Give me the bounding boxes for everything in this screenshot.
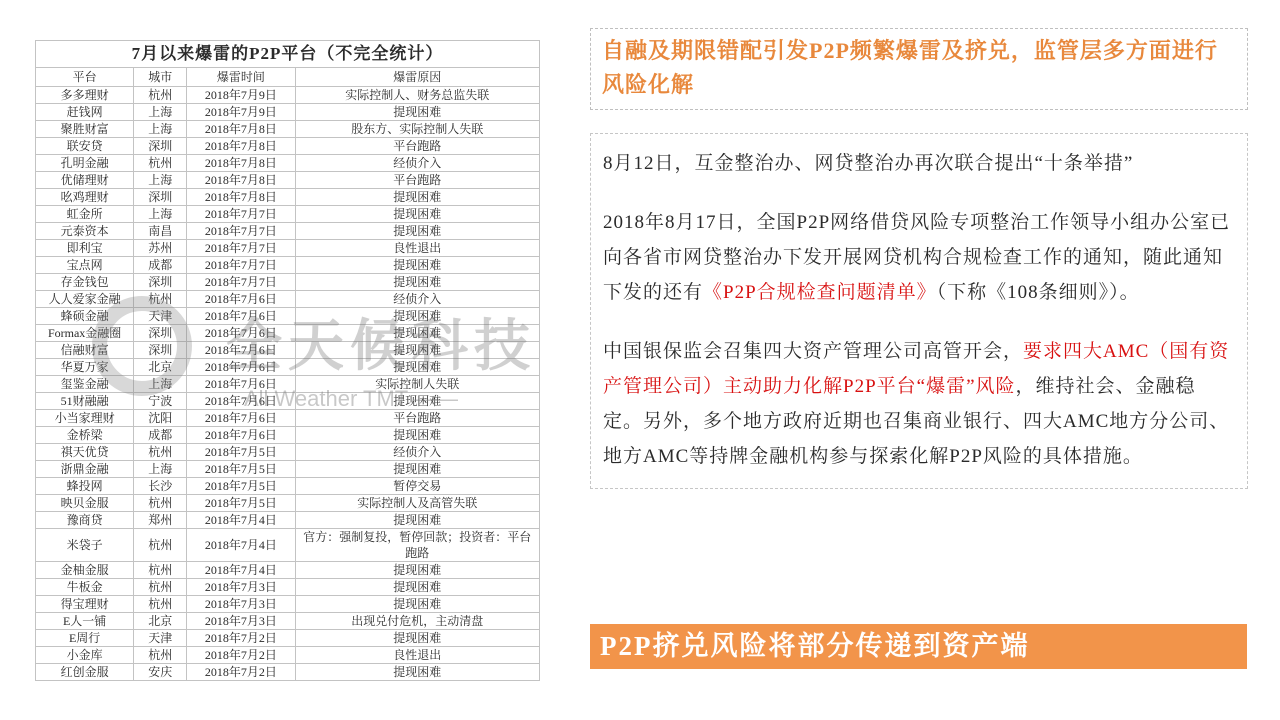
table-row: 小当家理财沈阳2018年7月6日平台跑路	[36, 410, 540, 427]
table-cell: 深圳	[134, 325, 187, 342]
table-cell: 提现困难	[295, 512, 539, 529]
table-row: 蜂硕金融天津2018年7月6日提现困难	[36, 308, 540, 325]
table-cell: 2018年7月8日	[187, 189, 295, 206]
table-cell: 多多理财	[36, 87, 134, 104]
table-cell: E人一铺	[36, 613, 134, 630]
table-cell: 杭州	[134, 562, 187, 579]
table-row: 宝点网成都2018年7月7日提现困难	[36, 257, 540, 274]
table-cell: 2018年7月6日	[187, 291, 295, 308]
table-title: 7月以来爆雷的P2P平台（不完全统计）	[36, 41, 540, 68]
table-cell: 提现困难	[295, 393, 539, 410]
table-cell: 赶钱网	[36, 104, 134, 121]
table-title-row: 7月以来爆雷的P2P平台（不完全统计）	[36, 41, 540, 68]
table-cell: 提现困难	[295, 664, 539, 681]
column-header: 平台	[36, 68, 134, 87]
table-header-row: 平台城市爆雷时间爆雷原因	[36, 68, 540, 87]
table-cell: 2018年7月5日	[187, 478, 295, 495]
table-cell: 2018年7月7日	[187, 240, 295, 257]
table-cell: 经侦介入	[295, 291, 539, 308]
table-cell: 2018年7月2日	[187, 664, 295, 681]
table-cell: 平台跑路	[295, 138, 539, 155]
table-cell: 提现困难	[295, 308, 539, 325]
table-cell: 良性退出	[295, 647, 539, 664]
table-row: 元泰资本南昌2018年7月7日提现困难	[36, 223, 540, 240]
table-cell: 聚胜财富	[36, 121, 134, 138]
section-headline: 自融及期限错配引发P2P频繁爆雷及挤兑，监管层多方面进行风险化解	[590, 28, 1248, 110]
table-cell: 51财融融	[36, 393, 134, 410]
section-banner: P2P挤兑风险将部分传递到资产端	[590, 624, 1247, 669]
table-cell: 提现困难	[295, 461, 539, 478]
table-cell: 杭州	[134, 647, 187, 664]
table-cell: 2018年7月5日	[187, 461, 295, 478]
table-cell: 提现困难	[295, 630, 539, 647]
table-cell: 吆鸡理财	[36, 189, 134, 206]
table-cell: 联安贷	[36, 138, 134, 155]
table-cell: 杭州	[134, 291, 187, 308]
table-cell: 2018年7月8日	[187, 121, 295, 138]
table-row: 虹金所上海2018年7月7日提现困难	[36, 206, 540, 223]
table-body: 多多理财杭州2018年7月9日实际控制人、财务总监失联赶钱网上海2018年7月9…	[36, 87, 540, 681]
table-cell: 杭州	[134, 444, 187, 461]
table-cell: 2018年7月6日	[187, 359, 295, 376]
table-cell: 2018年7月6日	[187, 325, 295, 342]
table-cell: 上海	[134, 376, 187, 393]
table-cell: 天津	[134, 630, 187, 647]
table-cell: 元泰资本	[36, 223, 134, 240]
table-cell: 金桥梁	[36, 427, 134, 444]
column-header: 城市	[134, 68, 187, 87]
table-cell: 经侦介入	[295, 155, 539, 172]
table-cell: 提现困难	[295, 223, 539, 240]
table-cell: 苏州	[134, 240, 187, 257]
table-cell: 杭州	[134, 529, 187, 562]
table-cell: 实际控制人失联	[295, 376, 539, 393]
table-cell: 提现困难	[295, 596, 539, 613]
table-cell: 2018年7月7日	[187, 206, 295, 223]
table-cell: 提现困难	[295, 579, 539, 596]
table-cell: 深圳	[134, 138, 187, 155]
table-cell: 2018年7月4日	[187, 529, 295, 562]
table-cell: 2018年7月2日	[187, 647, 295, 664]
table-cell: 玺鉴金融	[36, 376, 134, 393]
table-cell: 杭州	[134, 87, 187, 104]
table-cell: 经侦介入	[295, 444, 539, 461]
table-cell: 2018年7月6日	[187, 308, 295, 325]
table-cell: 2018年7月3日	[187, 596, 295, 613]
table-cell: 2018年7月4日	[187, 512, 295, 529]
table-cell: 2018年7月3日	[187, 613, 295, 630]
table-cell: 2018年7月8日	[187, 155, 295, 172]
table-cell: 2018年7月2日	[187, 630, 295, 647]
table-cell: 牛板金	[36, 579, 134, 596]
table-cell: 优储理财	[36, 172, 134, 189]
table-row: 优储理财上海2018年7月8日平台跑路	[36, 172, 540, 189]
table-cell: 2018年7月3日	[187, 579, 295, 596]
table-cell: 2018年7月8日	[187, 172, 295, 189]
table-cell: 即利宝	[36, 240, 134, 257]
table-cell: 提现困难	[295, 257, 539, 274]
table-cell: 提现困难	[295, 104, 539, 121]
table-cell: 平台跑路	[295, 410, 539, 427]
table-cell: 2018年7月8日	[187, 138, 295, 155]
table-cell: 实际控制人、财务总监失联	[295, 87, 539, 104]
table-cell: 提现困难	[295, 206, 539, 223]
body-text: 8月12日，互金整治办、网贷整治办再次联合提出“十条举措”	[603, 153, 1133, 174]
table-cell: 实际控制人及高管失联	[295, 495, 539, 512]
table-cell: 上海	[134, 121, 187, 138]
table-cell: 映贝金服	[36, 495, 134, 512]
table-row: 祺天优贷杭州2018年7月5日经侦介入	[36, 444, 540, 461]
table-cell: 提现困难	[295, 325, 539, 342]
table-row: 蜂投网长沙2018年7月5日暂停交易	[36, 478, 540, 495]
table-cell: 祺天优贷	[36, 444, 134, 461]
table-cell: 官方：强制复投，暂停回款；投资者：平台跑路	[295, 529, 539, 562]
table-row: 赶钱网上海2018年7月9日提现困难	[36, 104, 540, 121]
page: 7月以来爆雷的P2P平台（不完全统计） 平台城市爆雷时间爆雷原因 多多理财杭州2…	[0, 0, 1280, 720]
table-cell: 良性退出	[295, 240, 539, 257]
table-cell: 2018年7月5日	[187, 495, 295, 512]
table-cell: 南昌	[134, 223, 187, 240]
table-cell: 小当家理财	[36, 410, 134, 427]
table-row: 即利宝苏州2018年7月7日良性退出	[36, 240, 540, 257]
table-cell: 提现困难	[295, 359, 539, 376]
table-cell: 2018年7月9日	[187, 104, 295, 121]
table-cell: 2018年7月6日	[187, 427, 295, 444]
table-cell: 郑州	[134, 512, 187, 529]
table-row: 浙鼎金融上海2018年7月5日提现困难	[36, 461, 540, 478]
table-cell: 沈阳	[134, 410, 187, 427]
table-cell: 天津	[134, 308, 187, 325]
body-text: 中国银保监会召集四大资产管理公司高管开会，	[603, 341, 1023, 362]
table-row: 聚胜财富上海2018年7月8日股东方、实际控制人失联	[36, 121, 540, 138]
table-cell: 长沙	[134, 478, 187, 495]
table-cell: 信融财富	[36, 342, 134, 359]
paragraph: 8月12日，互金整治办、网贷整治办再次联合提出“十条举措”	[603, 146, 1235, 181]
table-cell: 暂停交易	[295, 478, 539, 495]
body-paragraphs: 8月12日，互金整治办、网贷整治办再次联合提出“十条举措”2018年8月17日，…	[590, 133, 1248, 489]
table-cell: 小金库	[36, 647, 134, 664]
table-row: 金柚金服杭州2018年7月4日提现困难	[36, 562, 540, 579]
table-row: 金桥梁成都2018年7月6日提现困难	[36, 427, 540, 444]
table-cell: 上海	[134, 104, 187, 121]
highlighted-text: 《P2P合规检查问题清单》	[703, 282, 937, 303]
table-row: 信融财富深圳2018年7月6日提现困难	[36, 342, 540, 359]
table-cell: 深圳	[134, 274, 187, 291]
paragraph: 2018年8月17日，全国P2P网络借贷风险专项整治工作领导小组办公室已向各省市…	[603, 205, 1235, 310]
table-row: 小金库杭州2018年7月2日良性退出	[36, 647, 540, 664]
table-row: 孔明金融杭州2018年7月8日经侦介入	[36, 155, 540, 172]
table-cell: 宝点网	[36, 257, 134, 274]
paragraph: 中国银保监会召集四大资产管理公司高管开会，要求四大AMC（国有资产管理公司）主动…	[603, 334, 1235, 474]
table-cell: 金柚金服	[36, 562, 134, 579]
table-cell: 深圳	[134, 342, 187, 359]
table-cell: 2018年7月6日	[187, 410, 295, 427]
table-cell: 孔明金融	[36, 155, 134, 172]
table-cell: 2018年7月7日	[187, 274, 295, 291]
table-cell: 宁波	[134, 393, 187, 410]
table-cell: 深圳	[134, 189, 187, 206]
table-row: 米袋子杭州2018年7月4日官方：强制复投，暂停回款；投资者：平台跑路	[36, 529, 540, 562]
table-cell: 平台跑路	[295, 172, 539, 189]
table-row: 红创金服安庆2018年7月2日提现困难	[36, 664, 540, 681]
table-cell: 北京	[134, 359, 187, 376]
table-cell: 上海	[134, 206, 187, 223]
table-cell: 提现困难	[295, 427, 539, 444]
table-cell: 提现困难	[295, 274, 539, 291]
table-row: E周行天津2018年7月2日提现困难	[36, 630, 540, 647]
table-cell: 北京	[134, 613, 187, 630]
table-cell: 浙鼎金融	[36, 461, 134, 478]
column-header: 爆雷时间	[187, 68, 295, 87]
table-cell: 成都	[134, 427, 187, 444]
table-cell: 蜂投网	[36, 478, 134, 495]
table-row: 吆鸡理财深圳2018年7月8日提现困难	[36, 189, 540, 206]
table-row: 华夏万家北京2018年7月6日提现困难	[36, 359, 540, 376]
body-text: （下称《108条细则》）。	[937, 282, 1140, 303]
table-row: 牛板金杭州2018年7月3日提现困难	[36, 579, 540, 596]
table-cell: E周行	[36, 630, 134, 647]
table-cell: 2018年7月7日	[187, 257, 295, 274]
table-cell: 出现兑付危机，主动清盘	[295, 613, 539, 630]
table-cell: 杭州	[134, 579, 187, 596]
table-cell: 蜂硕金融	[36, 308, 134, 325]
table-cell: 2018年7月5日	[187, 444, 295, 461]
table-cell: 得宝理财	[36, 596, 134, 613]
table-row: 豫商贷郑州2018年7月4日提现困难	[36, 512, 540, 529]
table-cell: 杭州	[134, 155, 187, 172]
table-cell: 成都	[134, 257, 187, 274]
table-row: Formax金融圈深圳2018年7月6日提现困难	[36, 325, 540, 342]
table-cell: 2018年7月6日	[187, 342, 295, 359]
table-row: 得宝理财杭州2018年7月3日提现困难	[36, 596, 540, 613]
table-cell: 杭州	[134, 596, 187, 613]
table-row: 映贝金服杭州2018年7月5日实际控制人及高管失联	[36, 495, 540, 512]
table-cell: 豫商贷	[36, 512, 134, 529]
table-cell: 上海	[134, 172, 187, 189]
table-cell: 红创金服	[36, 664, 134, 681]
table-row: 存金钱包深圳2018年7月7日提现困难	[36, 274, 540, 291]
table-cell: 米袋子	[36, 529, 134, 562]
table-cell: 虹金所	[36, 206, 134, 223]
table-cell: 2018年7月4日	[187, 562, 295, 579]
table-cell: Formax金融圈	[36, 325, 134, 342]
table-cell: 杭州	[134, 495, 187, 512]
table-cell: 提现困难	[295, 342, 539, 359]
table-cell: 华夏万家	[36, 359, 134, 376]
table-cell: 上海	[134, 461, 187, 478]
table-cell: 提现困难	[295, 189, 539, 206]
table-cell: 股东方、实际控制人失联	[295, 121, 539, 138]
table-row: 人人爱家金融杭州2018年7月6日经侦介入	[36, 291, 540, 308]
table-row: 多多理财杭州2018年7月9日实际控制人、财务总监失联	[36, 87, 540, 104]
table-cell: 2018年7月6日	[187, 376, 295, 393]
p2p-platform-table: 7月以来爆雷的P2P平台（不完全统计） 平台城市爆雷时间爆雷原因 多多理财杭州2…	[35, 40, 540, 681]
table-cell: 提现困难	[295, 562, 539, 579]
table-cell: 2018年7月9日	[187, 87, 295, 104]
table-row: 51财融融宁波2018年7月6日提现困难	[36, 393, 540, 410]
column-header: 爆雷原因	[295, 68, 539, 87]
p2p-platform-table-wrap: 7月以来爆雷的P2P平台（不完全统计） 平台城市爆雷时间爆雷原因 多多理财杭州2…	[35, 40, 540, 681]
table-row: 联安贷深圳2018年7月8日平台跑路	[36, 138, 540, 155]
table-row: E人一铺北京2018年7月3日出现兑付危机，主动清盘	[36, 613, 540, 630]
table-cell: 存金钱包	[36, 274, 134, 291]
table-row: 玺鉴金融上海2018年7月6日实际控制人失联	[36, 376, 540, 393]
table-cell: 2018年7月6日	[187, 393, 295, 410]
table-cell: 人人爱家金融	[36, 291, 134, 308]
table-cell: 2018年7月7日	[187, 223, 295, 240]
table-cell: 安庆	[134, 664, 187, 681]
